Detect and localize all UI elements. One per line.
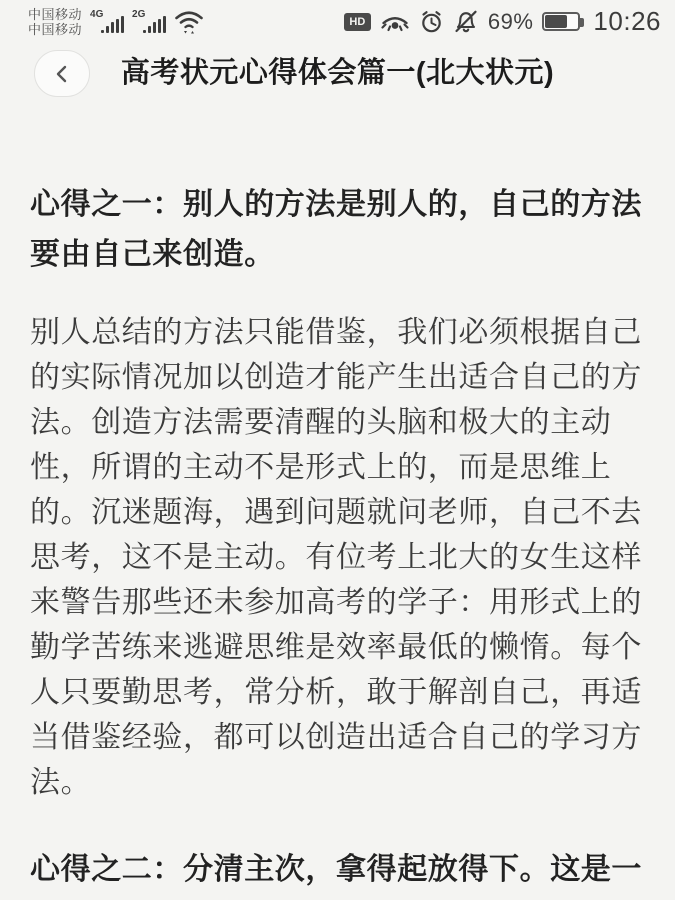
battery-fill bbox=[545, 15, 567, 28]
battery-icon bbox=[542, 12, 580, 31]
notifications-muted-icon bbox=[453, 10, 479, 34]
carrier-name-sim1: 中国移动 bbox=[28, 7, 82, 22]
battery-cap bbox=[580, 18, 584, 27]
heading-line: 要由自己来创造。 bbox=[30, 230, 645, 280]
carrier-name-sim2: 中国移动 bbox=[28, 22, 82, 37]
signal-bars-icon bbox=[143, 16, 166, 33]
status-bar-left: 中国移动 中国移动 4G 2G bbox=[28, 7, 204, 37]
paragraph-line: 思考，这不是主动。有位考上北大的女生这样 bbox=[30, 535, 645, 580]
paragraph-line: 法。 bbox=[30, 760, 645, 805]
alarm-clock-icon bbox=[419, 10, 444, 34]
paragraph-line: 的实际情况加以创造才能产生出适合自己的方 bbox=[30, 355, 645, 400]
article-paragraph-1: 别人总结的方法只能借鉴，我们必须根据自己 的实际情况加以创造才能产生出适合自己的… bbox=[30, 310, 645, 805]
clock-time: 10:26 bbox=[593, 6, 661, 37]
hd-icon: HD bbox=[344, 13, 371, 31]
back-button[interactable] bbox=[34, 50, 90, 97]
signal-bars-icon-sim1: 4G bbox=[90, 8, 124, 36]
title-bar: 高考状元心得体会篇一(北大状元) bbox=[0, 48, 675, 110]
section-heading-2: 心得之二：分清主次，拿得起放得下。这是一 bbox=[30, 845, 645, 895]
page-title: 高考状元心得体会篇一(北大状元) bbox=[0, 48, 675, 98]
paragraph-line: 的。沉迷题海，遇到问题就问老师，自己不去 bbox=[30, 490, 645, 535]
paragraph-line: 勤学苦练来逃避思维是效率最低的懒惰。每个 bbox=[30, 625, 645, 670]
carrier-labels: 中国移动 中国移动 bbox=[28, 7, 82, 37]
article-scroll-area[interactable]: 心得之一：别人的方法是别人的，自己的方法 要由自己来创造。 别人总结的方法只能借… bbox=[0, 180, 675, 895]
section-heading-1: 心得之一：别人的方法是别人的，自己的方法 要由自己来创造。 bbox=[30, 180, 645, 280]
paragraph-line: 性，所谓的主动不是形式上的，而是思维上 bbox=[30, 445, 645, 490]
paragraph-line: 来警告那些还未参加高考的学子：用形式上的 bbox=[30, 580, 645, 625]
battery-percent-label: 69% bbox=[488, 9, 534, 35]
paragraph-line: 人只要勤思考，常分析，敢于解剖自己，再适 bbox=[30, 670, 645, 715]
paragraph-line: 别人总结的方法只能借鉴，我们必须根据自己 bbox=[30, 310, 645, 355]
phone-screen: 中国移动 中国移动 4G 2G HD bbox=[0, 0, 675, 900]
status-bar-right: HD bbox=[344, 6, 661, 37]
signal-bars-icon bbox=[101, 16, 124, 33]
heading-line: 心得之二：分清主次，拿得起放得下。这是一 bbox=[30, 845, 645, 895]
eye-comfort-icon bbox=[380, 11, 410, 33]
signal-bars-icon-sim2: 2G bbox=[132, 8, 166, 36]
wifi-icon bbox=[174, 9, 204, 35]
paragraph-line: 法。创造方法需要清醒的头脑和极大的主动 bbox=[30, 400, 645, 445]
status-bar: 中国移动 中国移动 4G 2G HD bbox=[0, 0, 675, 40]
heading-line: 心得之一：别人的方法是别人的，自己的方法 bbox=[30, 180, 645, 230]
paragraph-line: 当借鉴经验，都可以创造出适合自己的学习方 bbox=[30, 715, 645, 760]
chevron-left-icon bbox=[51, 62, 73, 86]
